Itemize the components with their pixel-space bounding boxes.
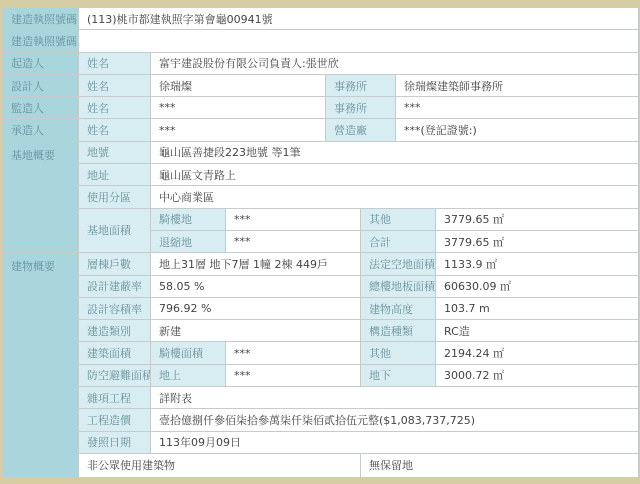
contractor-name-value: *** bbox=[151, 119, 326, 141]
table-row: 起造人 姓名 富宇建設股份有限公司負責人:張世欣 bbox=[3, 53, 639, 75]
total-area-label: 合計 bbox=[361, 231, 436, 253]
site-area-label: 基地面積 bbox=[79, 209, 151, 254]
total-floor-area-label: 總樓地板面積 bbox=[361, 276, 436, 298]
contractor-builder-value: ***(登記證號:) bbox=[396, 119, 639, 141]
table-row: 發照日期 113年09月09日 bbox=[79, 432, 639, 454]
owner-name-value: 富宇建設股份有限公司負責人:張世欣 bbox=[151, 53, 639, 75]
coverage-ratio-value: 58.05 % bbox=[151, 276, 361, 298]
other-area-label: 其他 bbox=[361, 209, 436, 231]
permit-table: 建造執照號碼: (113)桃市都建執照字第會龜00941號 建造執照號碼: 起造… bbox=[2, 7, 639, 478]
floors-units-value: 地上31層 地下7層 1幢 2棟 449戶 bbox=[151, 253, 361, 275]
site-summary-title: 基地概要 bbox=[3, 142, 79, 253]
building-summary-title: 建物概要 bbox=[3, 253, 79, 478]
building-summary-rows: 層棟戶數 地上31層 地下7層 1幢 2棟 449戶 法定空地面積 1133.9… bbox=[79, 253, 639, 478]
address-value: 龜山區文青路上 bbox=[151, 164, 639, 186]
table-row: 使用分區 中心商業區 bbox=[79, 186, 639, 208]
floor-area-ratio-label: 設計容積率 bbox=[79, 298, 151, 320]
misc-works-label: 雜項工程 bbox=[79, 387, 151, 409]
table-row: 層棟戶數 地上31層 地下7層 1幢 2棟 449戶 法定空地面積 1133.9… bbox=[79, 253, 639, 275]
site-summary-rows: 地號 龜山區善捷段223地號 等1筆 地址 龜山區文青路上 使用分區 中心商業區… bbox=[79, 142, 639, 253]
arcade-land-value: *** bbox=[226, 209, 361, 231]
table-row: 設計容積率 796.92 % 建物高度 103.7 m bbox=[79, 298, 639, 320]
designer-name-value: 徐瑞燦 bbox=[151, 75, 326, 97]
building-summary-section: 建物概要 層棟戶數 地上31層 地下7層 1幢 2棟 449戶 法定空地面積 1… bbox=[3, 253, 639, 478]
supervisor-name-value: *** bbox=[151, 97, 326, 119]
permit-number-value-2 bbox=[79, 30, 639, 52]
designer-role-label: 設計人 bbox=[3, 75, 79, 97]
structure-type-value: RC造 bbox=[436, 320, 639, 342]
designer-office-value: 徐瑞燦建築師事務所 bbox=[396, 75, 639, 97]
supervisor-office-label: 事務所 bbox=[326, 97, 396, 119]
lot-number-label: 地號 bbox=[79, 142, 151, 164]
table-row: 地址 龜山區文青路上 bbox=[79, 164, 639, 186]
structure-type-label: 構造種類 bbox=[361, 320, 436, 342]
designer-name-label: 姓名 bbox=[79, 75, 151, 97]
total-area-value: 3779.65 ㎡ bbox=[436, 231, 639, 253]
lot-number-value: 龜山區善捷段223地號 等1筆 bbox=[151, 142, 639, 164]
site-area-rows: 騎樓地 *** 其他 3779.65 ㎡ 退縮地 *** 合計 3779.65 … bbox=[151, 209, 639, 254]
site-summary-section: 基地概要 地號 龜山區善捷段223地號 等1筆 地址 龜山區文青路上 使用分區 … bbox=[3, 142, 639, 253]
misc-works-value: 詳附表 bbox=[151, 387, 639, 409]
construction-type-value: 新建 bbox=[151, 320, 361, 342]
statutory-open-space-value: 1133.9 ㎡ bbox=[436, 253, 639, 275]
table-row: 建造執照號碼: bbox=[3, 30, 639, 52]
above-ground-value: *** bbox=[226, 365, 361, 387]
owner-name-label: 姓名 bbox=[79, 53, 151, 75]
arcade-area-value: *** bbox=[226, 342, 361, 364]
below-ground-label: 地下 bbox=[361, 365, 436, 387]
above-ground-label: 地上 bbox=[151, 365, 226, 387]
table-row: 承造人 姓名 *** 營造廠 ***(登記證號:) bbox=[3, 119, 639, 141]
contractor-role-label: 承造人 bbox=[3, 119, 79, 141]
total-floor-area-value: 60630.09 ㎡ bbox=[436, 276, 639, 298]
no-reserved-land-note: 無保留地 bbox=[361, 454, 639, 478]
supervisor-role-label: 監造人 bbox=[3, 97, 79, 119]
table-row: 防空避難面積 地上 *** 地下 3000.72 ㎡ bbox=[79, 365, 639, 387]
setback-land-label: 退縮地 bbox=[151, 231, 226, 253]
designer-office-label: 事務所 bbox=[326, 75, 396, 97]
permit-number-label: 建造執照號碼: bbox=[3, 8, 79, 30]
supervisor-name-label: 姓名 bbox=[79, 97, 151, 119]
issue-date-value: 113年09月09日 bbox=[151, 432, 639, 454]
contractor-name-label: 姓名 bbox=[79, 119, 151, 141]
coverage-ratio-label: 設計建蔽率 bbox=[79, 276, 151, 298]
table-row: 設計建蔽率 58.05 % 總樓地板面積 60630.09 ㎡ bbox=[79, 276, 639, 298]
table-row: 退縮地 *** 合計 3779.65 ㎡ bbox=[151, 231, 639, 253]
statutory-open-space-label: 法定空地面積 bbox=[361, 253, 436, 275]
non-public-building-note: 非公眾使用建築物 bbox=[79, 454, 361, 478]
table-row: 監造人 姓名 *** 事務所 *** bbox=[3, 97, 639, 119]
site-area-group: 基地面積 騎樓地 *** 其他 3779.65 ㎡ 退縮地 *** 合計 377… bbox=[79, 209, 639, 254]
table-row: 工程造價 壹拾億捌仟參佰柒拾參萬柒仟柒佰貳拾伍元整($1,083,737,725… bbox=[79, 409, 639, 431]
other-area-value: 3779.65 ㎡ bbox=[436, 209, 639, 231]
address-label: 地址 bbox=[79, 164, 151, 186]
table-row: 設計人 姓名 徐瑞燦 事務所 徐瑞燦建築師事務所 bbox=[3, 75, 639, 97]
air-raid-shelter-label: 防空避難面積 bbox=[79, 365, 151, 387]
building-height-value: 103.7 m bbox=[436, 298, 639, 320]
table-row: 建造執照號碼: (113)桃市都建執照字第會龜00941號 bbox=[3, 8, 639, 30]
setback-land-value: *** bbox=[226, 231, 361, 253]
issue-date-label: 發照日期 bbox=[79, 432, 151, 454]
arcade-area-label: 騎樓面積 bbox=[151, 342, 226, 364]
table-row: 建造類別 新建 構造種類 RC造 bbox=[79, 320, 639, 342]
table-row: 非公眾使用建築物 無保留地 bbox=[79, 454, 639, 478]
owner-role-label: 起造人 bbox=[3, 53, 79, 75]
floor-area-ratio-value: 796.92 % bbox=[151, 298, 361, 320]
contractor-builder-label: 營造廠 bbox=[326, 119, 396, 141]
building-area-other-value: 2194.24 ㎡ bbox=[436, 342, 639, 364]
construction-cost-label: 工程造價 bbox=[79, 409, 151, 431]
table-row: 地號 龜山區善捷段223地號 等1筆 bbox=[79, 142, 639, 164]
building-height-label: 建物高度 bbox=[361, 298, 436, 320]
table-row: 騎樓地 *** 其他 3779.65 ㎡ bbox=[151, 209, 639, 231]
table-row: 雜項工程 詳附表 bbox=[79, 387, 639, 409]
permit-number-label-2: 建造執照號碼: bbox=[3, 30, 79, 52]
building-area-label: 建築面積 bbox=[79, 342, 151, 364]
below-ground-value: 3000.72 ㎡ bbox=[436, 365, 639, 387]
construction-type-label: 建造類別 bbox=[79, 320, 151, 342]
permit-number-value: (113)桃市都建執照字第會龜00941號 bbox=[79, 8, 639, 30]
building-area-other-label: 其他 bbox=[361, 342, 436, 364]
zoning-value: 中心商業區 bbox=[151, 186, 639, 208]
supervisor-office-value: *** bbox=[396, 97, 639, 119]
arcade-land-label: 騎樓地 bbox=[151, 209, 226, 231]
table-row: 建築面積 騎樓面積 *** 其他 2194.24 ㎡ bbox=[79, 342, 639, 364]
floors-units-label: 層棟戶數 bbox=[79, 253, 151, 275]
zoning-label: 使用分區 bbox=[79, 186, 151, 208]
construction-cost-value: 壹拾億捌仟參佰柒拾參萬柒仟柒佰貳拾伍元整($1,083,737,725) bbox=[151, 409, 639, 431]
